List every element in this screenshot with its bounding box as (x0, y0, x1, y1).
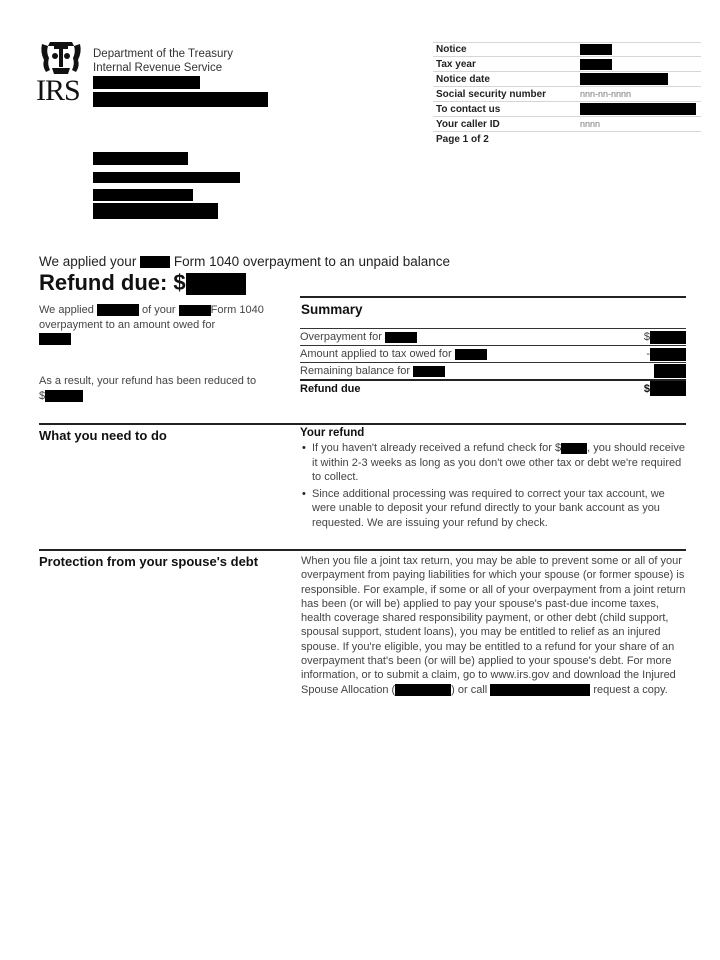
row-label: Overpayment for (300, 331, 382, 343)
agency-name: Department of the Treasury Internal Reve… (93, 47, 233, 75)
applied-suffix: Form 1040 overpayment to an unpaid balan… (174, 254, 450, 269)
spouse-protection-body: When you file a joint tax return, you ma… (301, 554, 687, 697)
text: If you haven't already received a refund… (312, 442, 561, 454)
info-row-tax-year: Tax year (433, 57, 701, 72)
irs-notice-page: IRS Department of the Treasury Internal … (0, 0, 720, 960)
redacted-form-number (395, 684, 451, 696)
summary-row-remaining: Remaining balance for (300, 362, 686, 379)
summary-row-refund-due: Refund due $ (300, 379, 686, 396)
redacted-tax-year (140, 256, 170, 268)
summary-row-applied: Amount applied to tax owed for - (300, 345, 686, 362)
text: As a result, your refund has been reduce… (39, 375, 256, 387)
info-row-page: Page 1 of 2 (433, 132, 701, 147)
text: When you file a joint tax return, you ma… (301, 555, 686, 696)
refund-due-title: Refund due: $ (39, 270, 246, 296)
redacted-phone-number (490, 684, 590, 696)
info-label: Tax year (433, 59, 580, 70)
irs-logo: IRS (36, 40, 86, 106)
section-divider (39, 549, 686, 551)
info-value (580, 73, 701, 85)
row-label: Remaining balance for (300, 365, 410, 377)
irs-eagle-icon (38, 40, 84, 78)
redacted-recipient-line-4 (93, 203, 218, 219)
notice-info-table: Notice Tax year Notice date Social secur… (433, 42, 701, 147)
spouse-protection-title: Protection from your spouse's debt (39, 553, 269, 570)
info-row-contact: To contact us (433, 102, 701, 117)
refund-bullet-2: Since additional processing was required… (300, 487, 686, 531)
text: request a copy. (590, 684, 667, 696)
text: ) or call (451, 684, 490, 696)
applied-prefix: We applied your (39, 254, 136, 269)
irs-wordmark: IRS (36, 76, 80, 106)
overpayment-applied-heading: We applied your Form 1040 overpayment to… (39, 254, 450, 269)
info-value: nnnn (580, 119, 701, 129)
redacted-recipient-line-1 (93, 152, 188, 165)
info-value (580, 58, 701, 69)
info-label: To contact us (433, 104, 580, 115)
info-label: Notice date (433, 74, 580, 85)
info-value (580, 44, 701, 55)
redacted-address-line-1 (93, 76, 200, 89)
what-to-do-title: What you need to do (39, 427, 167, 444)
text: We applied (39, 304, 94, 316)
summary-row-overpayment: Overpayment for $ (300, 328, 686, 345)
your-refund-section: Your refund If you haven't already recei… (300, 427, 686, 532)
info-row-notice-date: Notice date (433, 72, 701, 87)
redacted-refund-amount (186, 273, 246, 295)
redacted-recipient-line-3 (93, 189, 193, 201)
your-refund-subtitle: Your refund (300, 427, 686, 439)
applied-explanation: We applied of your Form 1040 overpayment… (39, 303, 284, 347)
info-label: Social security number (433, 89, 580, 100)
agency-line-1: Department of the Treasury (93, 47, 233, 61)
summary-table: Summary Overpayment for $ Amount applied… (300, 296, 686, 396)
info-label: Your caller ID (433, 119, 580, 130)
refund-bullet-1: If you haven't already received a refund… (300, 441, 686, 485)
info-row-caller-id: Your caller ID nnnn (433, 117, 701, 132)
summary-title: Summary (300, 298, 686, 328)
row-label: Refund due (300, 383, 361, 395)
redacted-recipient-line-2 (93, 172, 240, 183)
text: of your (142, 304, 176, 316)
info-row-ssn: Social security number nnn-nn-nnnn (433, 87, 701, 102)
refund-title-text: Refund due: $ (39, 270, 186, 295)
agency-line-2: Internal Revenue Service (93, 61, 233, 75)
info-row-notice: Notice (433, 42, 701, 57)
refund-reduced-explanation: As a result, your refund has been reduce… (39, 374, 284, 403)
row-label: Amount applied to tax owed for (300, 348, 452, 360)
info-value: nnn-nn-nnnn (580, 89, 701, 99)
redacted-address-line-2 (93, 92, 268, 107)
info-label: Notice (433, 44, 580, 55)
info-value (580, 103, 701, 115)
section-divider (39, 423, 686, 425)
page-number: Page 1 of 2 (433, 134, 580, 145)
text: Since additional processing was required… (312, 488, 665, 529)
